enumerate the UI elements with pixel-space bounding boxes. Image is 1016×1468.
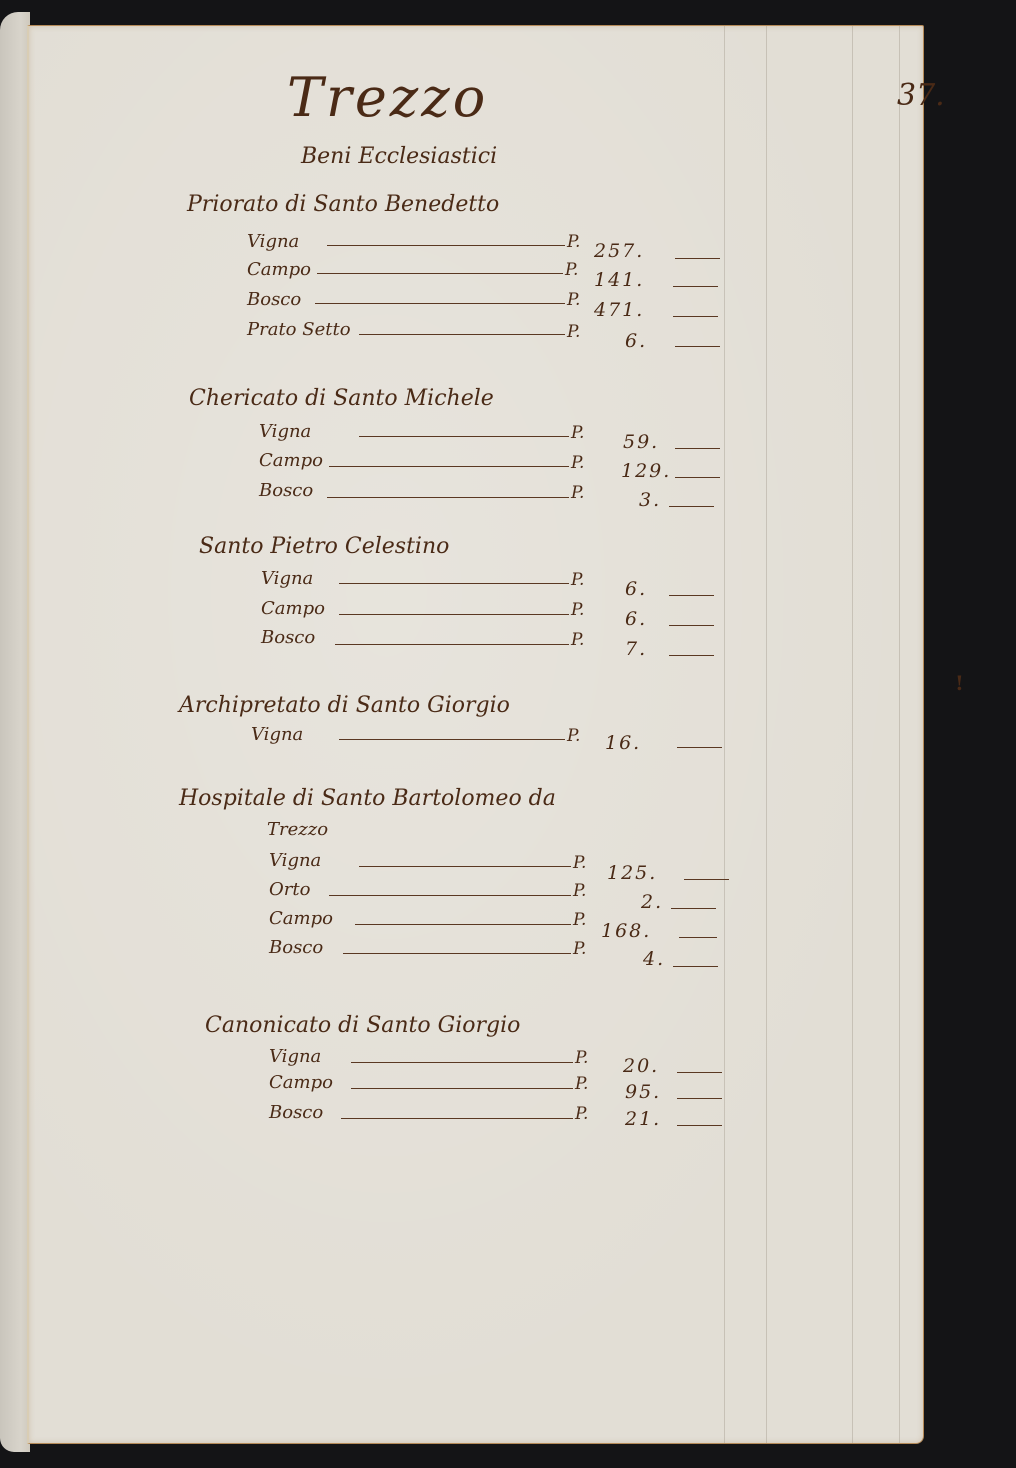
value-dash [677, 1125, 722, 1126]
leader-line [359, 866, 571, 867]
leader-line [315, 303, 565, 304]
value-dash [673, 966, 718, 967]
value-dash [673, 316, 718, 317]
section-heading: Canonicato di Santo Giorgio [205, 1013, 520, 1038]
section-heading: Priorato di Santo Benedetto [187, 192, 499, 217]
row-label: Vigna [247, 231, 299, 252]
value-dash [679, 937, 717, 938]
row-unit: P. [575, 1104, 588, 1124]
ruling-line [766, 26, 767, 1443]
leader-line [351, 1088, 573, 1089]
value-dash [677, 747, 722, 748]
row-unit: P. [575, 1048, 588, 1068]
row-unit: P. [567, 322, 580, 342]
row-value: 141. [594, 269, 644, 291]
row-value: 95. [625, 1081, 661, 1103]
leader-line [339, 739, 565, 740]
page-title: Trezzo [287, 66, 488, 129]
leader-line [359, 436, 569, 437]
page-number: 37. [897, 78, 945, 113]
leader-line [359, 334, 565, 335]
row-value: 21. [625, 1108, 661, 1130]
row-value: 59. [623, 431, 659, 453]
row-value: 129. [621, 460, 671, 482]
row-value: 3. [639, 489, 661, 511]
margin-mark: ! [955, 671, 964, 695]
row-unit: P. [567, 290, 580, 310]
leader-line [329, 895, 571, 896]
leader-line [327, 245, 565, 246]
row-label: Vigna [261, 568, 313, 589]
previous-page-edge [0, 12, 30, 1452]
section-heading: Chericato di Santo Michele [189, 386, 494, 411]
row-value: 6. [625, 330, 647, 352]
leader-line [341, 1118, 573, 1119]
row-value: 20. [623, 1055, 659, 1077]
ruling-line [724, 26, 725, 1443]
row-unit: P. [571, 570, 584, 590]
value-dash [669, 506, 714, 507]
row-value: 6. [625, 608, 647, 630]
row-value: 4. [643, 948, 665, 970]
value-dash [677, 1072, 722, 1073]
leader-line [317, 273, 563, 274]
row-value: 471. [594, 299, 644, 321]
row-label: Vigna [259, 421, 311, 442]
leader-line [351, 1062, 573, 1063]
row-label: Campo [269, 1072, 333, 1093]
row-label: Campo [259, 450, 323, 471]
row-label: Bosco [247, 289, 301, 310]
value-dash [675, 258, 720, 259]
manuscript-page: Trezzo Beni Ecclesiastici 37. ! Priorato… [27, 25, 924, 1444]
row-unit: P. [573, 939, 586, 959]
row-unit: P. [571, 453, 584, 473]
row-label: Vigna [269, 850, 321, 871]
row-unit: P. [573, 853, 586, 873]
value-dash [675, 448, 720, 449]
row-unit: P. [571, 423, 584, 443]
row-unit: P. [573, 910, 586, 930]
value-dash [675, 477, 720, 478]
section-heading: Archipretato di Santo Giorgio [179, 693, 510, 718]
row-value: 2. [641, 891, 663, 913]
value-dash [673, 286, 718, 287]
row-unit: P. [567, 232, 580, 252]
row-label: Bosco [261, 627, 315, 648]
leader-line [339, 583, 569, 584]
row-unit: P. [575, 1074, 588, 1094]
row-unit: P. [571, 483, 584, 503]
row-label: Vigna [251, 724, 303, 745]
row-label: Bosco [259, 480, 313, 501]
row-value: 6. [625, 578, 647, 600]
leader-line [339, 614, 569, 615]
row-label: Campo [269, 908, 333, 929]
value-dash [684, 879, 729, 880]
section-heading: Santo Pietro Celestino [199, 534, 449, 559]
row-unit: P. [571, 600, 584, 620]
leader-line [343, 953, 571, 954]
leader-line [335, 644, 569, 645]
row-unit: P. [573, 881, 586, 901]
row-label: Bosco [269, 1102, 323, 1123]
section-heading: Hospitale di Santo Bartolomeo da [179, 786, 556, 811]
row-label: Orto [269, 879, 310, 900]
row-value: 125. [607, 862, 657, 884]
row-value: 16. [605, 732, 641, 754]
ruling-line [899, 26, 900, 1443]
value-dash [677, 1098, 722, 1099]
row-label: Prato Setto [247, 319, 351, 340]
section-subheading: Trezzo [267, 819, 328, 840]
value-dash [669, 625, 714, 626]
leader-line [327, 497, 569, 498]
leader-line [329, 466, 569, 467]
row-value: 7. [625, 638, 647, 660]
row-label: Vigna [269, 1046, 321, 1067]
value-dash [669, 655, 714, 656]
leader-line [355, 924, 571, 925]
row-value: 257. [594, 240, 644, 262]
row-unit: P. [565, 260, 578, 280]
page-subtitle: Beni Ecclesiastici [301, 144, 497, 169]
value-dash [671, 908, 716, 909]
row-label: Campo [247, 259, 311, 280]
ruling-line [852, 26, 853, 1443]
value-dash [669, 595, 714, 596]
row-label: Bosco [269, 937, 323, 958]
row-label: Campo [261, 598, 325, 619]
row-unit: P. [567, 726, 580, 746]
row-value: 168. [601, 920, 651, 942]
value-dash [675, 346, 720, 347]
row-unit: P. [571, 630, 584, 650]
